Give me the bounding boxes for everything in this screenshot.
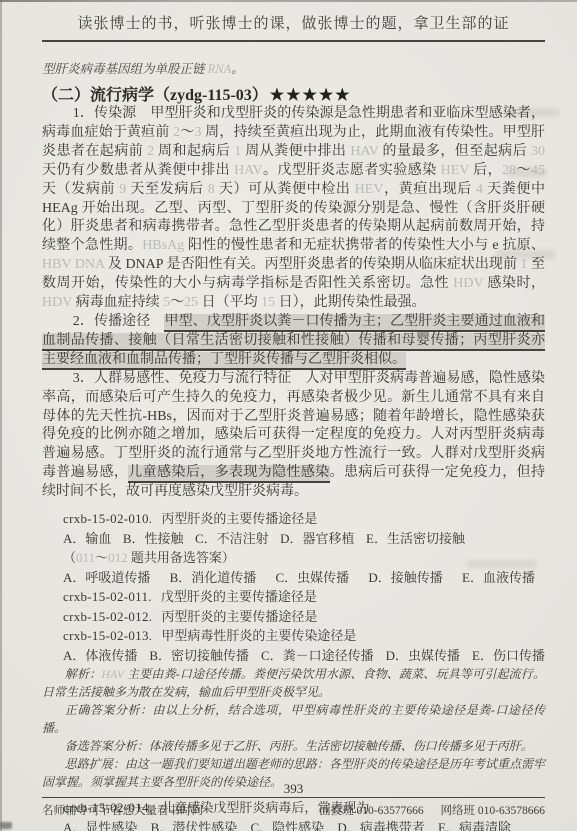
faint-fill-text: 28: [502, 163, 516, 178]
option-item: C．粪－口途径传播: [261, 646, 374, 666]
options-row-q014: A．显性感染B．潜伏性感染C．隐性感染D．病毒携带者E．病毒清除: [63, 818, 511, 831]
faint-fill-text: 4: [476, 182, 483, 197]
option-item: D．器官移植: [280, 529, 354, 549]
option-item: C．隐性感染: [251, 818, 325, 831]
faint-fill-text: 3: [195, 125, 202, 140]
question-code: crxb-15-02-013.: [63, 628, 152, 643]
text-segment: 型肝炎病毒基因组为单股正链: [42, 62, 208, 76]
footer-rule: 393: [42, 797, 545, 798]
page-footer: 393 名师辅导可节省您大量看书时间 面授班 010-63577666 网络班 …: [42, 797, 545, 818]
question-block: crxb-15-02-010.丙型肝炎的主要传播途径是 A．输血B．性接触C．不…: [42, 509, 545, 665]
scan-artifact: [0, 822, 12, 829]
option-item: D．病毒携带者: [337, 818, 424, 831]
paragraph-transmission-routes: 2．传播途径 甲型、戊型肝炎以粪－口传播为主；乙型肝炎主要通过血液和血制品传播、…: [42, 313, 545, 370]
faint-fill-text: 012: [108, 550, 128, 565]
question-q013: crxb-15-02-013.甲型病毒性肝炎的主要传染途径是: [42, 626, 545, 646]
faint-fill-text: HAV: [234, 163, 263, 178]
text-segment: 阳性的慢性患者和无症状携带者的传染性大小与 e 抗原、: [184, 238, 545, 253]
highlighted-text: 儿童感染后，多表现为隐性感染: [128, 465, 329, 483]
faint-fill-text: 25: [184, 295, 198, 310]
section-heading: （二）流行病学（zydg-115-03）★★★★★: [42, 82, 545, 105]
text-segment: 日（平均: [198, 295, 261, 310]
question-code: crxb-15-02-012.: [63, 609, 152, 624]
faint-fill-text: HAV: [350, 144, 378, 159]
analysis-jiexi: 解析：HAV 主要由粪-口途径传播。粪便污染饮用水源、食物、蔬菜、玩具等可引起流…: [42, 665, 545, 701]
faint-fill-text: HAV: [101, 667, 124, 681]
text-segment: 。戊型肝炎志愿者实验感染: [263, 163, 441, 178]
options-row-q013: A．体液传播B．密切接触传播C．粪－口途径传播D．虫媒传播E．伤口传播: [63, 646, 545, 666]
scan-edge-left: [0, 0, 2, 831]
option-item: A．输血: [63, 529, 111, 549]
faint-fill-text: 45: [531, 163, 545, 178]
text-segment: 病毒血症持续: [72, 295, 163, 310]
text-segment: 2．传播途径: [73, 314, 165, 329]
faint-fill-text: HEV: [355, 182, 384, 197]
question-q011: crxb-15-02-011.戊型肝炎的主要传播途径是: [42, 587, 545, 607]
text-segment: 及 DNAP 是否阳性有关。丙型肝炎患者的传染期从临床症状出现前: [104, 257, 520, 272]
text-segment: 天（发病前: [42, 182, 119, 197]
text-segment: 天至发病后: [126, 182, 207, 197]
faint-fill-text: HEV: [441, 163, 470, 178]
page-content: 读张博士的书，听张博士的课，做张博士的题，拿卫生部的证 型肝炎病毒基因组为单股正…: [42, 12, 545, 831]
question-text: 丙型肝炎的主要传播途径是: [161, 609, 317, 624]
header-rule: [42, 40, 545, 42]
analysis-alternative-answers: 备选答案分析：体液传播多见于乙肝、丙肝。生活密切接触传播、伤口传播多见于丙肝。: [42, 737, 545, 755]
faint-fill-text: 011: [76, 550, 95, 565]
faint-fill-text: HBsAg: [142, 238, 184, 253]
text-segment: ～: [95, 550, 108, 565]
option-item: E．伤口传播: [472, 646, 545, 666]
star-rating: ★★★★★: [270, 87, 352, 104]
paragraph-infection-source: 1．传染源 甲型肝炎和戊型肝炎的传染源是急性期患者和亚临床型感染者，病毒血症始于…: [42, 105, 545, 313]
faint-fill-text: 8: [208, 182, 215, 197]
faint-fill-text: RNA: [208, 62, 232, 76]
option-item: B．消化道传播: [170, 568, 257, 588]
footer-left-slogan: 名师辅导可节省您大量看书时间: [42, 802, 203, 818]
option-item: C．虫媒传播: [276, 568, 350, 588]
footer-phone-online: 网络班 010-63578666: [441, 805, 545, 817]
question-text: 甲型病毒性肝炎的主要传染途径是: [161, 628, 356, 643]
footer-contacts: 面授班 010-63577666 网络班 010-63578666: [305, 802, 545, 818]
text-segment: 解析：: [65, 667, 102, 681]
options-row-q010: A．输血B．性接触C．不洁注射D．器官移植E．生活密切接触: [63, 529, 465, 549]
paragraph-susceptibility: 3．人群易感性、免疫力与流行特征 人对甲型肝炎病毒普遍易感，隐性感染率高，而感染…: [42, 370, 545, 502]
faint-fill-text: HDV: [453, 276, 483, 291]
option-item: A．显性感染: [63, 818, 137, 831]
text-segment: 3．人群易感性、免疫力与流行特征 人对甲型肝炎病毒普遍易感，隐性感染率高，而感染…: [42, 371, 545, 481]
question-code: crxb-15-02-010.: [63, 511, 152, 526]
faint-fill-text: HDV: [42, 295, 72, 310]
scanned-book-page: 读张博士的书，听张博士的课，做张博士的题，拿卫生部的证 型肝炎病毒基因组为单股正…: [0, 0, 577, 831]
text-segment: ～: [170, 295, 184, 310]
text-segment: 。: [231, 62, 244, 76]
option-item: E．生活密切接触: [366, 529, 465, 549]
header-slogan: 读张博士的书，听张博士的课，做张博士的题，拿卫生部的证: [42, 12, 545, 33]
option-item: C．不洁注射: [195, 529, 269, 549]
text-segment: 题共用备选答案）: [128, 550, 235, 565]
faint-fill-text: HBV DNA: [42, 257, 104, 272]
option-item: E．血液传播: [462, 568, 535, 588]
text-segment: ～: [516, 163, 531, 178]
option-item: A．呼吸道传播: [63, 568, 150, 588]
option-item: B．潜伏性感染: [151, 818, 238, 831]
option-item: D．虫媒传播: [386, 646, 460, 666]
option-item: D．接触传播: [368, 568, 442, 588]
text-segment: （: [63, 550, 76, 565]
options-row-shared: A．呼吸道传播B．消化道传播C．虫媒传播D．接触传播E．血液传播: [63, 568, 535, 588]
text-segment: 感染时，: [483, 276, 545, 291]
option-item: E．病毒清除: [438, 818, 511, 831]
text-segment: 日），此期传染性最强。: [275, 295, 426, 310]
intro-line: 型肝炎病毒基因组为单股正链 RNA。: [42, 59, 545, 77]
text-segment: 天）可从粪便中检出: [215, 182, 355, 197]
page-number: 393: [272, 781, 316, 797]
footer-row: 名师辅导可节省您大量看书时间 面授班 010-63577666 网络班 010-…: [42, 802, 545, 818]
text-segment: 天仍有少数患者从粪便中排出: [42, 163, 234, 178]
analysis-correct-answer: 正确答案分析：由以上分析，结合选项，甲型病毒性肝炎的主要传染途径是粪-口途径传播…: [42, 701, 545, 737]
question-q010: crxb-15-02-010.丙型肝炎的主要传播途径是: [42, 509, 545, 529]
text-segment: 周和起病后: [154, 144, 234, 159]
text-segment: 后，: [469, 163, 502, 178]
text-segment: ～: [180, 125, 194, 140]
faint-fill-text: 30: [531, 144, 545, 159]
question-text: 戊型肝炎的主要传播途径是: [161, 589, 317, 604]
text-segment: ，黄疸出现后: [383, 182, 476, 197]
question-text: 丙型肝炎的主要传播途径是: [161, 511, 317, 526]
shared-answers-note: （011～012 题共用备选答案）: [42, 548, 545, 568]
option-item: B．性接触: [123, 529, 184, 549]
faint-fill-text: 15: [261, 295, 275, 310]
option-item: A．体液传播: [63, 646, 137, 666]
text-segment: 的量最多，但至起病后: [379, 144, 531, 159]
scan-edge-top: [0, 0, 577, 2]
text-segment: 周从粪便中排出: [241, 144, 350, 159]
question-q012: crxb-15-02-012.丙型肝炎的主要传播途径是: [42, 607, 545, 627]
question-code: crxb-15-02-011.: [63, 589, 152, 604]
footer-phone-onsite: 面授班 010-63577666: [319, 805, 423, 817]
section-heading-label: （二）流行病学（zydg-115-03）: [42, 87, 268, 104]
option-item: B．密切接触传播: [149, 646, 249, 666]
